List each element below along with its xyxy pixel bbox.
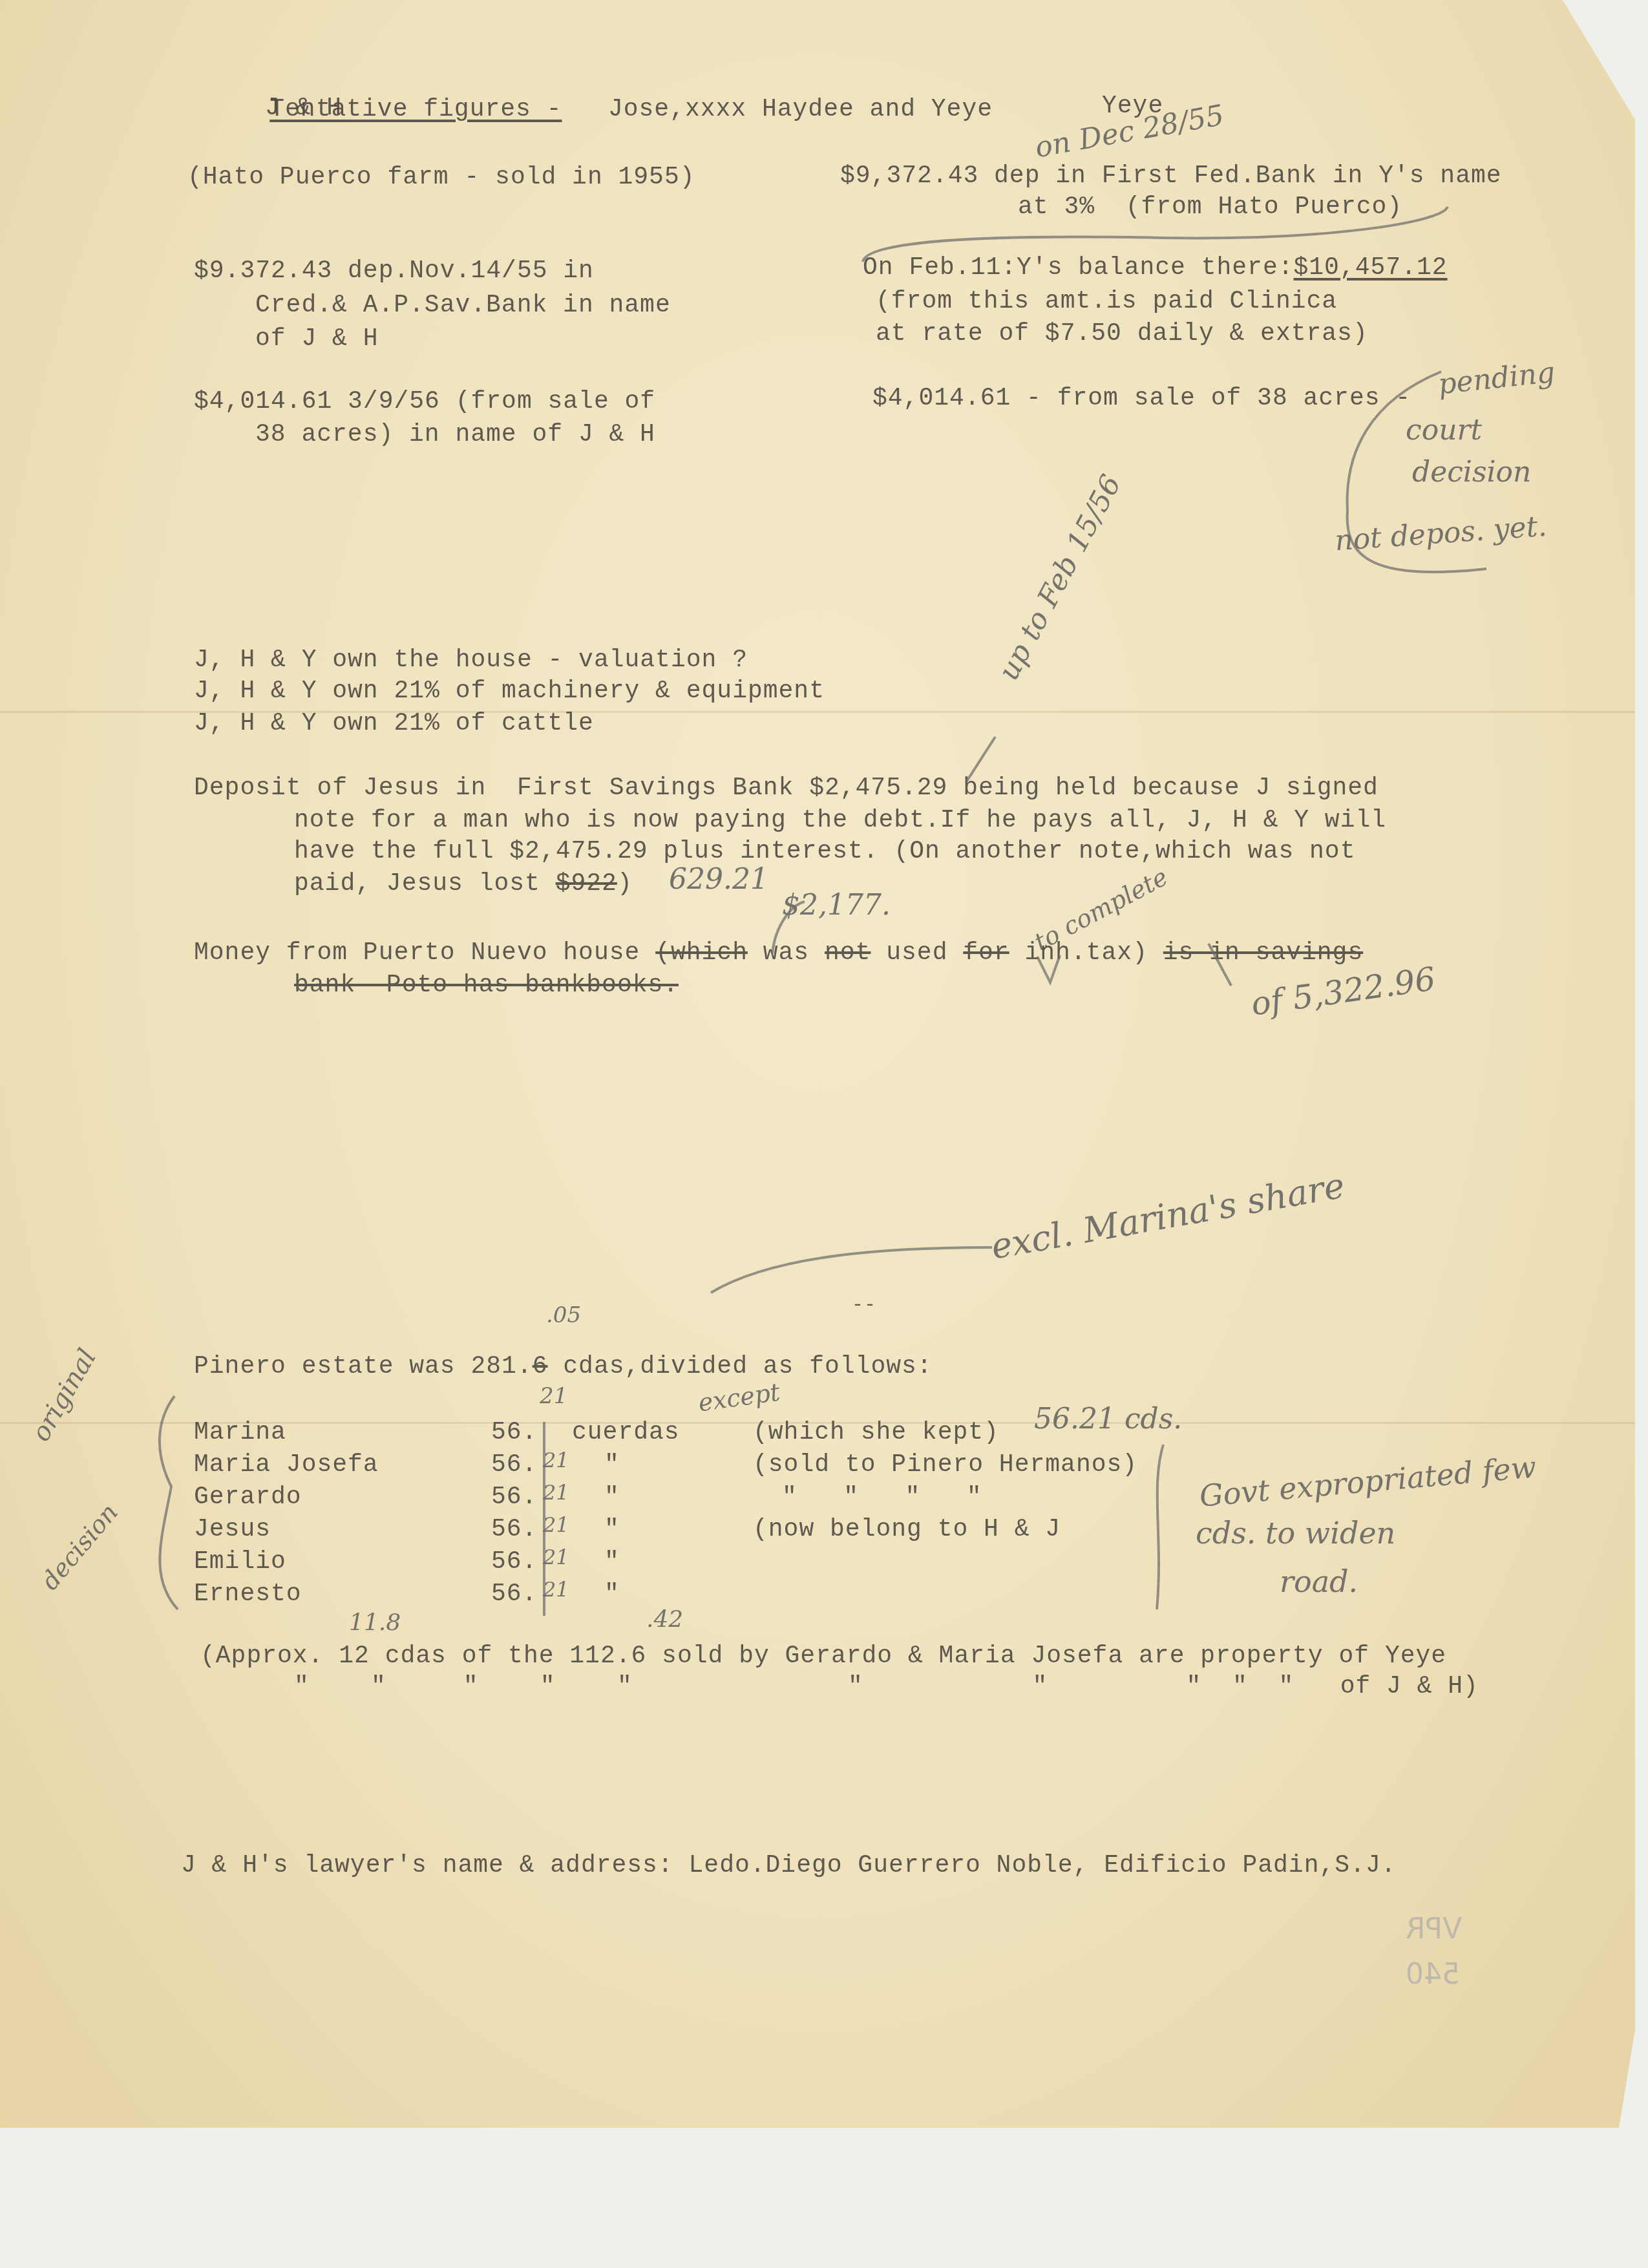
left-entry1-l3: of J & H (255, 323, 378, 355)
heir-amount: 56. (491, 1481, 537, 1514)
show-through-1: VPR (1406, 1910, 1462, 1949)
right-entry3: $4,014.61 - from sale of 38 acres - (872, 383, 1411, 415)
heir-note: (which she kept) (753, 1417, 999, 1449)
document-page: Tentative figures - Jose,xxxx Haydee and… (0, 0, 1635, 2128)
heir-handwritten-decimal: 21 (543, 1480, 569, 1505)
doc-subtitle: J & H (265, 92, 342, 125)
heir-handwritten-decimal: 21 (543, 1512, 569, 1537)
heir-name: Maria Josefa (194, 1449, 379, 1481)
heir-amount: 56. (491, 1546, 537, 1578)
right-entry1-l1: $9,372.43 dep in First Fed.Bank in Y's n… (840, 160, 1502, 193)
heir-amount: 56. (491, 1417, 537, 1449)
approx-line: (Approx. 12 cdas of the 112.6 sold by Ge… (200, 1640, 1446, 1673)
heir-note: (sold to Pinero Hermanos) (753, 1449, 1137, 1481)
heir-unit: " (604, 1481, 620, 1514)
handwritten-except: except (697, 1377, 782, 1417)
ownership-machinery: J, H & Y own 21% of machinery & equipmen… (194, 675, 825, 708)
deposit-line4: paid, Jesus lost $922) (294, 868, 633, 900)
handwritten-not-deposited: not depos. yet. (1334, 510, 1548, 558)
heir-amount: 56. (491, 1514, 537, 1546)
handwritten-approx-1: 11.8 (349, 1609, 401, 1636)
right-entry2-l1: On Feb.11:Y's balance there:$10,457.12 (863, 252, 1448, 284)
ownership-cattle: J, H & Y own 21% of cattle (194, 708, 594, 740)
heir-note: " " " " (782, 1481, 982, 1514)
heir-unit: " (604, 1546, 620, 1578)
handwritten-lost-amount: 629.21 (669, 863, 768, 896)
heir-name: Marina (194, 1417, 286, 1449)
heir-name: Gerardo (194, 1481, 302, 1514)
divider: -- (852, 1289, 876, 1322)
handwritten-margin-decision: decision (36, 1498, 123, 1595)
heir-unit: " (604, 1514, 620, 1546)
handwritten-estate-decimal: .05 (546, 1302, 581, 1328)
ownership-house: J, H & Y own the house - valuation ? (194, 644, 748, 677)
puerto-nuevo-line2: bank--Poto has bankbooks. (294, 970, 679, 1002)
deposit-line2: note for a man who is now paying the deb… (294, 805, 1386, 837)
heir-amount: 56. (491, 1449, 537, 1481)
left-entry2-l1: $4,014.61 3/9/56 (from sale of (194, 386, 655, 418)
heir-handwritten-decimal: 21 (543, 1448, 569, 1472)
handwritten-court: court (1406, 414, 1482, 447)
handwritten-excl-marina: excl. Marina's share (988, 1165, 1348, 1267)
handwritten-approx-2: .42 (646, 1606, 683, 1633)
heir-note: (now belong to H & J (753, 1514, 1061, 1546)
heir-handwritten-note: 56.21 cds. (1034, 1403, 1182, 1436)
handwritten-govt-note-3: road. (1280, 1564, 1358, 1599)
handwritten-govt-note-2: cds. to widen (1196, 1516, 1395, 1551)
left-entry2-l2: 38 acres) in name of J & H (255, 419, 655, 451)
right-entry1-l2: at 3% (from Hato Puerco) (1018, 191, 1402, 224)
heir-unit: " (604, 1578, 620, 1611)
left-heading: (Hato Puerco farm - sold in 1955) (187, 162, 695, 194)
left-entry1-l1: $9.372.43 dep.Nov.14/55 in (194, 255, 594, 288)
ditto-line: " " " " " " " " " " of J & H) (294, 1671, 1479, 1703)
right-entry2-l2: (from this amt.is paid Clinica (876, 286, 1337, 318)
handwritten-decision: decision (1412, 456, 1531, 489)
heir-name: Jesus (194, 1514, 271, 1546)
heir-unit: cuerdas (572, 1417, 680, 1449)
handwritten-up-to-date: up to Feb 15/56 (992, 469, 1128, 686)
puerto-nuevo-line1: Money from Puerto Nuevo house (which was… (194, 937, 1363, 970)
balance-amount: $10,457.12 (1294, 254, 1448, 282)
deposit-line3: have the full $2,475.29 plus interest. (… (294, 836, 1355, 868)
show-through-2: 540 (1406, 1955, 1460, 1994)
handwritten-govt-note-1: Govt expropriated few (1198, 1449, 1538, 1513)
right-entry2-l3: at rate of $7.50 daily & extras) (876, 318, 1368, 350)
heir-handwritten-decimal: 21 (543, 1577, 569, 1602)
heir-handwritten-decimal: 21 (543, 1545, 569, 1569)
heir-unit: " (604, 1449, 620, 1481)
heir-handwritten-decimal: 21 (540, 1383, 567, 1409)
heir-name: Ernesto (194, 1578, 302, 1611)
heir-name: Emilio (194, 1546, 286, 1578)
heir-amount: 56. (491, 1578, 537, 1611)
handwritten-margin-original: original (26, 1344, 102, 1447)
lawyer-line: J & H's lawyer's name & address: Ledo.Di… (181, 1850, 1397, 1882)
deposit-line1: Deposit of Jesus in First Savings Bank $… (194, 772, 1379, 805)
pinero-intro: Pinero estate was 281.6 cdas,divided as … (194, 1351, 933, 1383)
handwritten-total: $2,177. (782, 889, 891, 922)
left-entry1-l2: Cred.& A.P.Sav.Bank in name (255, 290, 671, 322)
handwritten-pending: pending (1437, 356, 1557, 401)
